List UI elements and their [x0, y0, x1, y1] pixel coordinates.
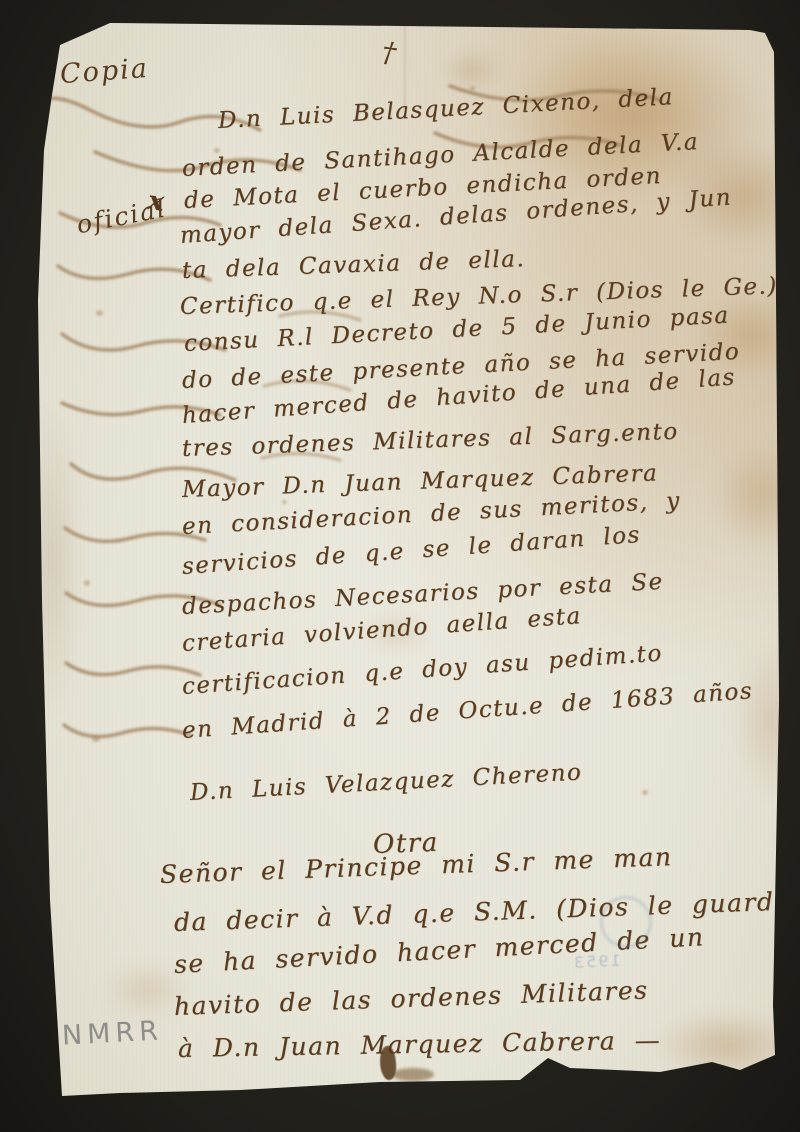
foxing-dot — [282, 500, 287, 504]
foxing-dot — [84, 580, 90, 586]
manuscript-line: despachos Necesarios por esta Se — [181, 569, 664, 620]
manuscript-line: D.n Luis Belasquez Cixeno, dela — [217, 84, 674, 134]
margin-x-mark: x — [146, 185, 165, 218]
foxing-dot — [642, 790, 648, 795]
manuscript-page: Copia † oficial x D.n Luis Belasquez Cix… — [32, 20, 780, 1098]
foxing-dot — [214, 148, 220, 153]
foxing-stain — [712, 440, 800, 550]
foxing-stain — [732, 640, 800, 800]
circular-stamp — [600, 896, 652, 948]
ink-blot-smear — [392, 1068, 434, 1081]
stamp-number: 1953 — [572, 951, 622, 973]
photograph-background: Copia † oficial x D.n Luis Belasquez Cix… — [0, 0, 800, 1132]
foxing-stain — [442, 50, 502, 90]
invocation-cross-mark: † — [380, 35, 398, 70]
copy-label: Copia — [59, 53, 150, 90]
foxing-dot — [92, 736, 100, 742]
manuscript-line: ta dela Cavaxia de ella. — [182, 246, 526, 284]
foxing-stain — [22, 400, 82, 720]
manuscript-line: havito de las ordenes Militares — [173, 975, 648, 1021]
manuscript-line: D.n Luis Velazquez Chereno — [189, 759, 583, 806]
paper-crease — [404, 20, 406, 110]
pencil-initials: NMRR — [61, 1015, 163, 1051]
foxing-dot — [96, 310, 103, 316]
foxing-dot — [470, 86, 475, 91]
manuscript-line: da decir à V.d q.e S.M. (Dios le guard.e… — [173, 886, 800, 937]
foxing-stain — [652, 1010, 800, 1080]
manuscript-line: tres ordenes Militares al Sarg.ento — [182, 419, 679, 462]
manuscript-line: à D.n Juan Marquez Cabrera — — [178, 1026, 662, 1063]
